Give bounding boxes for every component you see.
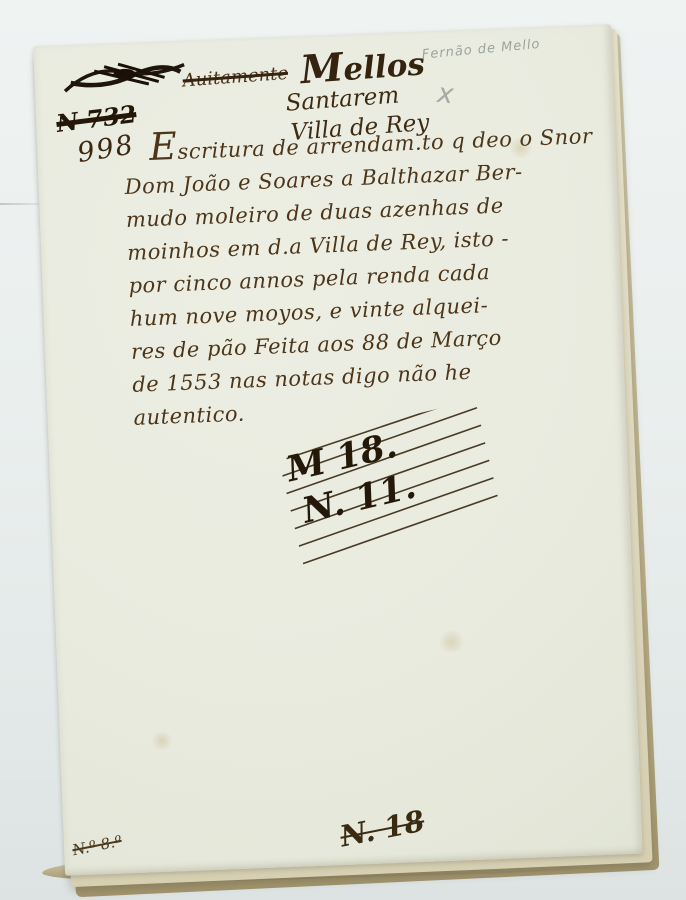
pencil-x-mark: x	[436, 78, 455, 110]
manuscript-photo: N 732 998 Auitamente Mellos Santarem Vil…	[0, 0, 686, 900]
bottom-left-number-struck: N.º 8.º	[71, 832, 124, 859]
ink-scribble	[60, 54, 197, 103]
bottom-center-number: N. 18	[337, 804, 427, 854]
pencil-annotation: Fernão de Mello	[421, 37, 541, 63]
manuscript-paragraph: Escritura de arrendam.to q deo o Snor Do…	[123, 121, 574, 435]
crossed-archive-numbers: M 18. N. 11.	[282, 404, 504, 566]
manuscript-page: N 732 998 Auitamente Mellos Santarem Vil…	[33, 24, 642, 876]
struck-header-word: Auitamente	[182, 63, 289, 92]
foxing-spot	[150, 732, 175, 751]
foxing-spot	[436, 630, 467, 653]
